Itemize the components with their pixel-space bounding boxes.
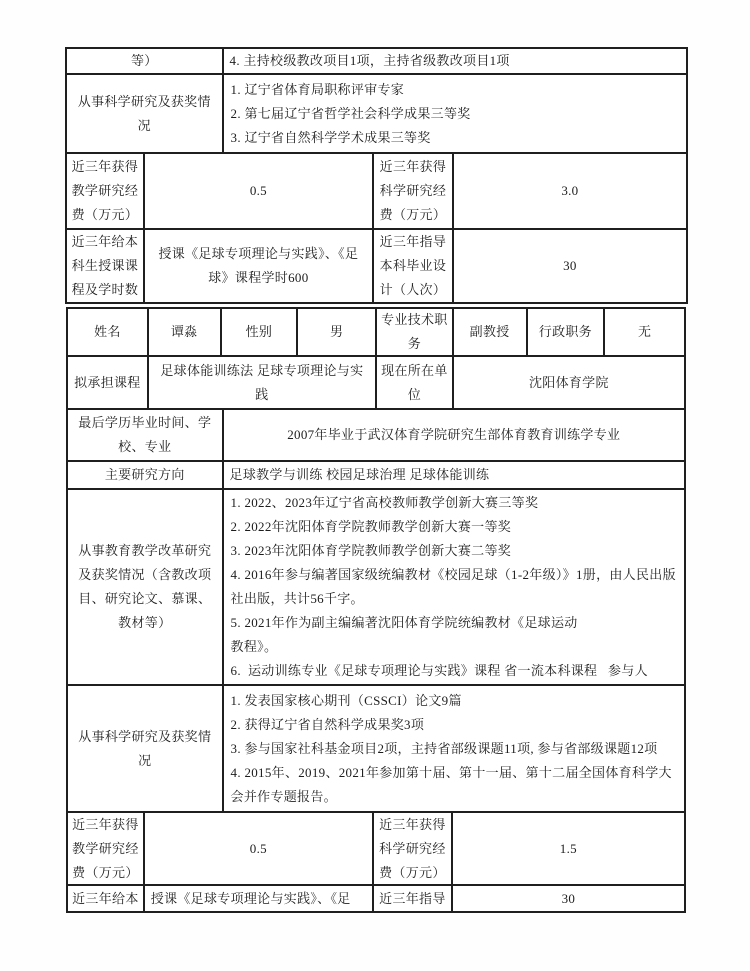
label-undergrad-courses: 近三年给本科生授课课程及学时数 bbox=[67, 230, 145, 304]
undergrad-courses-content: 授课《足球专项理论与实践》、《足球》课程学时600 bbox=[145, 230, 374, 304]
label-current-unit: 现在所在单位 bbox=[377, 357, 454, 410]
table-row: 从事科学研究及获奖情况 1. 辽宁省体育局职称评审专家 2. 第七届辽宁省哲学社… bbox=[67, 75, 688, 154]
list-item: 2. 第七届辽宁省哲学社会科学成果三等奖 bbox=[231, 102, 682, 126]
label-science-research: 从事科学研究及获奖情况 bbox=[67, 75, 224, 154]
list-item: 1. 辽宁省体育局职称评审专家 bbox=[231, 78, 682, 102]
label-science-fund: 近三年获得科学研究经费（万元） bbox=[374, 154, 454, 230]
thesis-guidance-value: 30 bbox=[454, 230, 688, 304]
teaching-fund-value: 0.5 bbox=[145, 813, 374, 886]
table-row: 近三年获得教学研究经费（万元） 0.5 近三年获得科学研究经费（万元） 1.5 bbox=[68, 813, 686, 886]
list-item: 6. 运动训练专业《足球专项理论与实践》课程 省一流本科课程 参与人 bbox=[231, 659, 680, 683]
label-planned-courses: 拟承担课程 bbox=[68, 357, 149, 410]
label-teaching-fund: 近三年获得教学研究经费（万元） bbox=[67, 154, 145, 230]
label-last-degree: 最后学历毕业时间、学校、专业 bbox=[68, 410, 224, 462]
table-row: 从事科学研究及获奖情况 1. 发表国家核心期刊（CSSCI）论文9篇 2. 获得… bbox=[68, 686, 686, 813]
professional-title-value: 副教授 bbox=[454, 309, 528, 357]
current-unit-value: 沈阳体育学院 bbox=[454, 357, 686, 410]
table-row: 近三年给本科生授课课程及学时数 授课《足球专项理论与实践》、《足球》课程学时60… bbox=[67, 230, 688, 304]
label-undergrad-courses-cut: 近三年给本 bbox=[68, 886, 145, 913]
table-row: 姓名 谭淼 性别 男 专业技术职务 副教授 行政职务 无 bbox=[68, 309, 686, 357]
label-science-fund: 近三年获得科学研究经费（万元） bbox=[374, 813, 453, 886]
teaching-reform-content: 1. 2022、2023年辽宁省高校教师教学创新大赛三等奖 2. 2022年沈阳… bbox=[224, 490, 686, 686]
thesis-guidance-value: 30 bbox=[453, 886, 686, 913]
science-fund-value: 3.0 bbox=[454, 154, 688, 230]
last-degree-content: 2007年毕业于武汉体育学院研究生部体育教育训练学专业 bbox=[224, 410, 686, 462]
list-item: 4. 2016年参与编著国家级统编教材《校园足球（1-2年级）》1册，由人民出版… bbox=[231, 563, 680, 611]
teaching-fund-value: 0.5 bbox=[145, 154, 374, 230]
table-row: 等） 4. 主持校级教改项目1项，主持省级教改项目1项 bbox=[67, 49, 688, 75]
table-row: 拟承担课程 足球体能训练法 足球专项理论与实践 现在所在单位 沈阳体育学院 bbox=[68, 357, 686, 410]
table-row: 最后学历毕业时间、学校、专业 2007年毕业于武汉体育学院研究生部体育教育训练学… bbox=[68, 410, 686, 462]
label-science-research: 从事科学研究及获奖情况 bbox=[68, 686, 224, 813]
gender-value: 男 bbox=[298, 309, 377, 357]
table-faculty: 姓名 谭淼 性别 男 专业技术职务 副教授 行政职务 无 拟承担课程 足球体能训… bbox=[66, 307, 686, 913]
list-item: 4. 2015年、2019、2021年参加第十届、第十一届、第十二届全国体育科学… bbox=[231, 761, 680, 809]
label-research-direction: 主要研究方向 bbox=[68, 462, 224, 490]
list-item: 1. 2022、2023年辽宁省高校教师教学创新大赛三等奖 bbox=[231, 491, 680, 515]
science-research-content: 1. 辽宁省体育局职称评审专家 2. 第七届辽宁省哲学社会科学成果三等奖 3. … bbox=[224, 75, 688, 154]
table-row: 主要研究方向 足球教学与训练 校园足球治理 足球体能训练 bbox=[68, 462, 686, 490]
undergrad-courses-content-cut: 授课《足球专项理论与实践》、《足 bbox=[145, 886, 374, 913]
table-top: 等） 4. 主持校级教改项目1项，主持省级教改项目1项 从事科学研究及获奖情况 … bbox=[65, 47, 688, 304]
list-item: 2. 获得辽宁省自然科学成果奖3项 bbox=[231, 713, 680, 737]
table-row: 从事教育教学改革研究及获奖情况（含教改项目、研究论文、慕课、教材等） 1. 20… bbox=[68, 490, 686, 686]
label-professional-title: 专业技术职务 bbox=[377, 309, 454, 357]
table-row: 近三年给本 授课《足球专项理论与实践》、《足 近三年指导 30 bbox=[68, 886, 686, 913]
admin-position-value: 无 bbox=[605, 309, 686, 357]
label-teaching-fund: 近三年获得教学研究经费（万元） bbox=[68, 813, 145, 886]
scanned-form-page: 等） 4. 主持校级教改项目1项，主持省级教改项目1项 从事科学研究及获奖情况 … bbox=[0, 0, 750, 971]
label-thesis-guidance: 近三年指导本科毕业设计（人次） bbox=[374, 230, 454, 304]
label-misc-end: 等） bbox=[67, 49, 224, 75]
label-name: 姓名 bbox=[68, 309, 149, 357]
science-research-content: 1. 发表国家核心期刊（CSSCI）论文9篇 2. 获得辽宁省自然科学成果奖3项… bbox=[224, 686, 686, 813]
list-item: 1. 发表国家核心期刊（CSSCI）论文9篇 bbox=[231, 689, 680, 713]
label-thesis-guidance-cut: 近三年指导 bbox=[374, 886, 453, 913]
misc-content: 4. 主持校级教改项目1项，主持省级教改项目1项 bbox=[224, 49, 688, 75]
label-admin-position: 行政职务 bbox=[528, 309, 606, 357]
list-item: 2. 2022年沈阳体育学院教师教学创新大赛一等奖 bbox=[231, 515, 680, 539]
research-direction-content: 足球教学与训练 校园足球治理 足球体能训练 bbox=[224, 462, 686, 490]
planned-courses-content: 足球体能训练法 足球专项理论与实践 bbox=[149, 357, 377, 410]
science-fund-value: 1.5 bbox=[453, 813, 686, 886]
label-gender: 性别 bbox=[222, 309, 299, 357]
table-row: 近三年获得教学研究经费（万元） 0.5 近三年获得科学研究经费（万元） 3.0 bbox=[67, 154, 688, 230]
list-item: 5. 2021年作为副主编编著沈阳体育学院统编教材《足球运动 教程》。 bbox=[231, 611, 680, 659]
name-value: 谭淼 bbox=[149, 309, 222, 357]
list-item: 3. 辽宁省自然科学学术成果三等奖 bbox=[231, 126, 682, 150]
label-teaching-reform: 从事教育教学改革研究及获奖情况（含教改项目、研究论文、慕课、教材等） bbox=[68, 490, 224, 686]
list-item: 3. 2023年沈阳体育学院教师教学创新大赛二等奖 bbox=[231, 539, 680, 563]
list-item: 3. 参与国家社科基金项目2项，主持省部级课题11项, 参与省部级课题12项 bbox=[231, 737, 680, 761]
